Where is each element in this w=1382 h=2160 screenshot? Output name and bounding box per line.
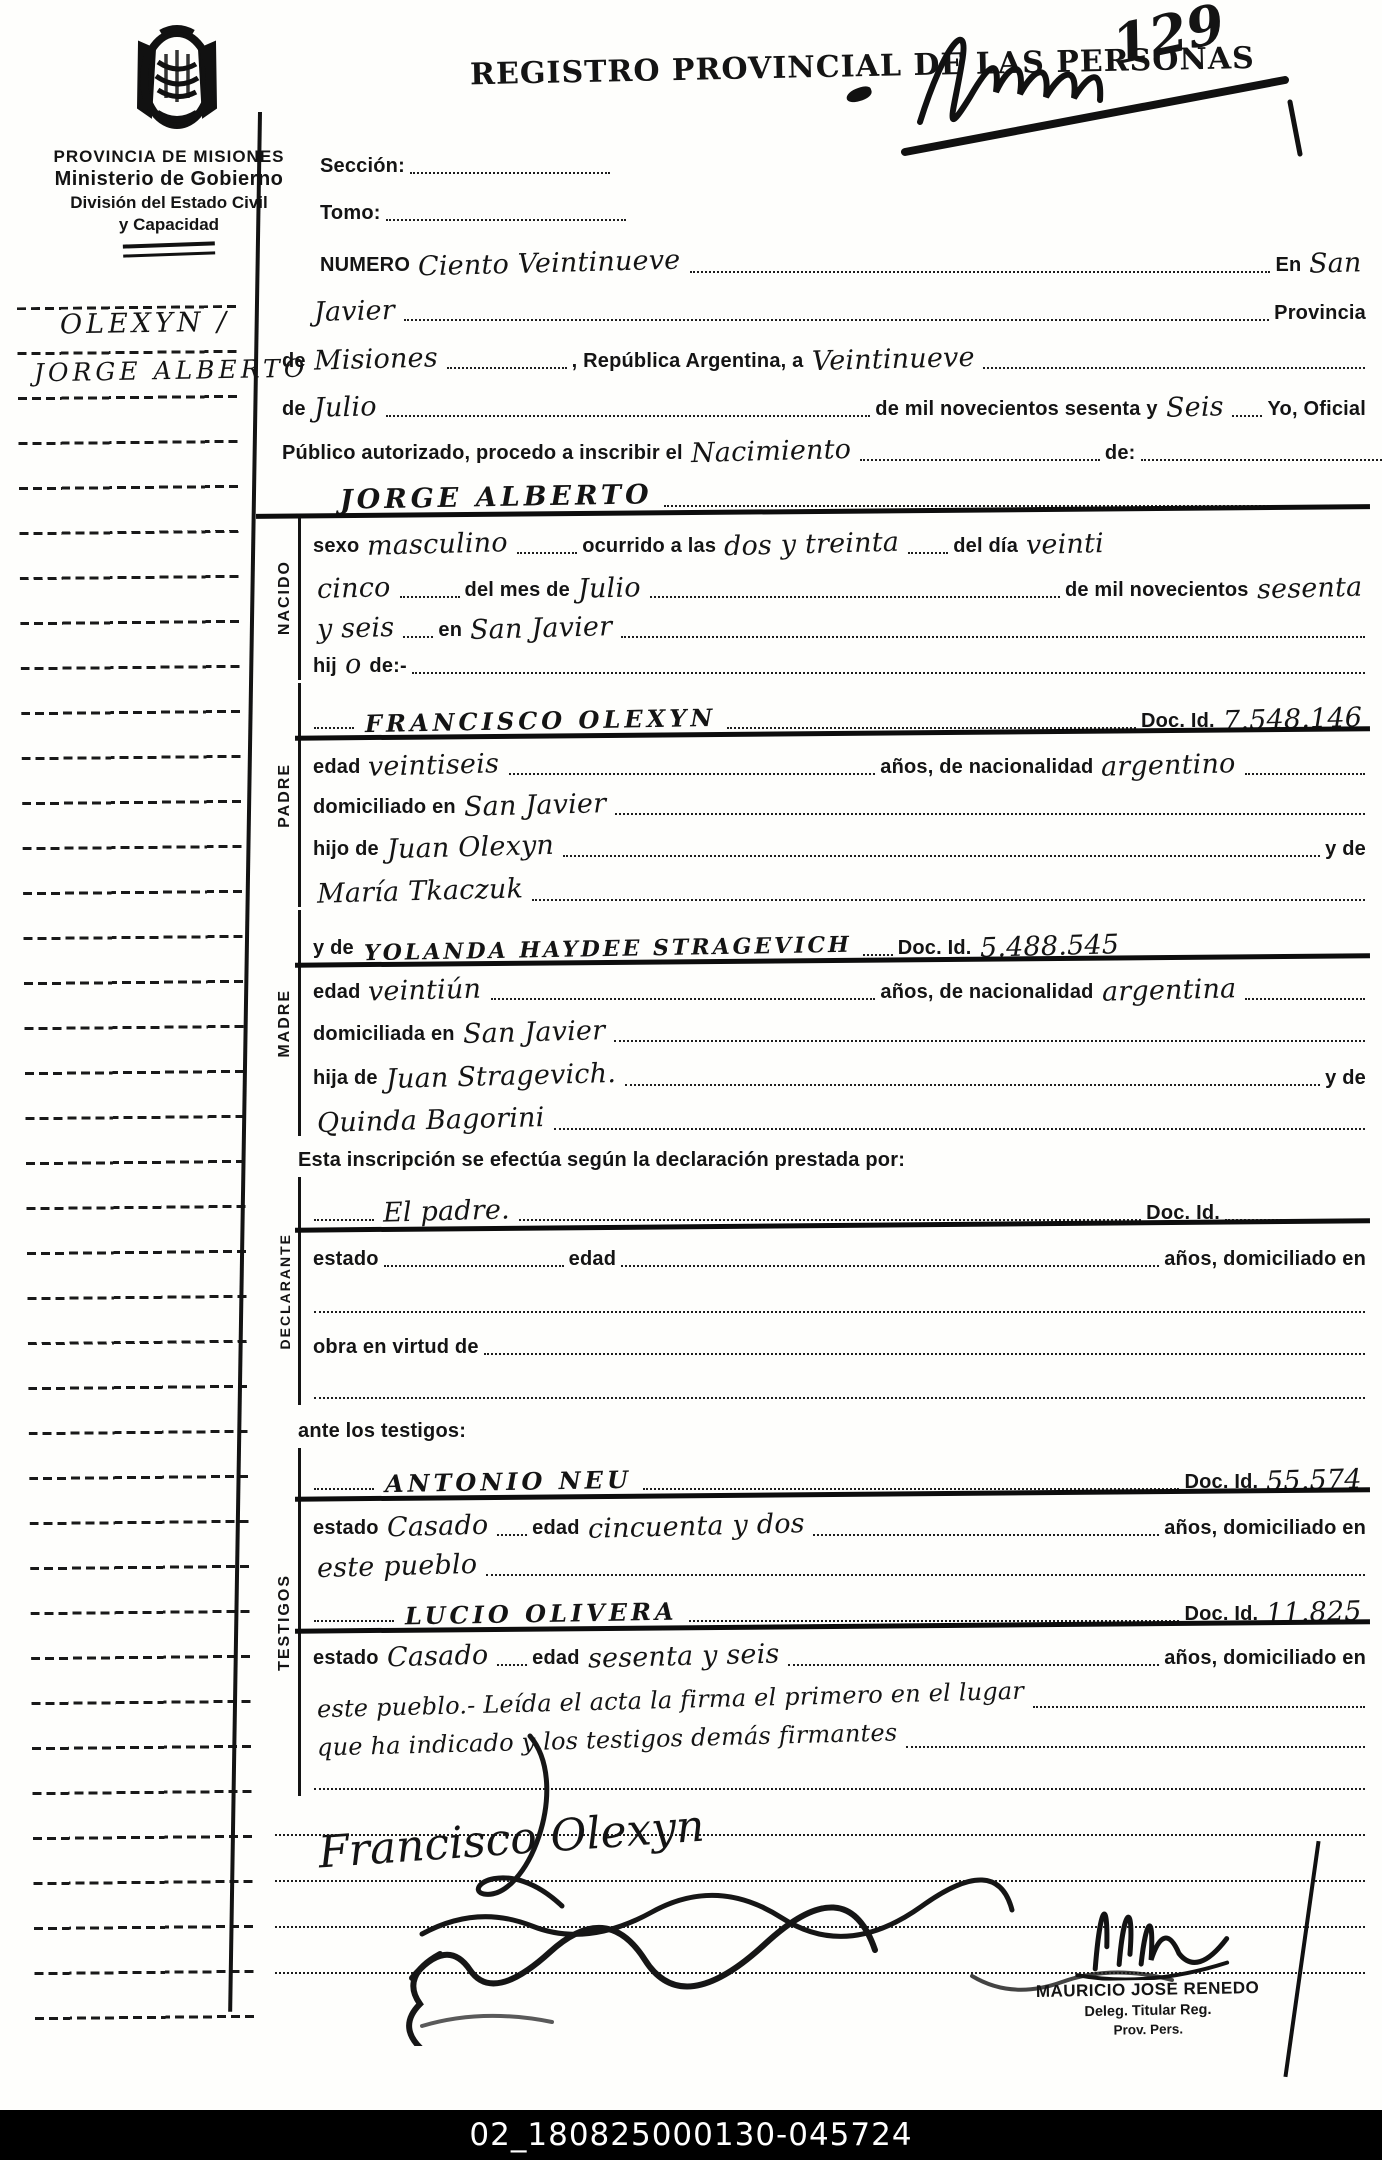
dotted-line — [314, 1311, 1365, 1313]
abuela-paterna: María Tkaczuk — [311, 875, 530, 910]
scan-code-bar: 02_180825000130-045724 — [0, 2110, 1382, 2160]
stamp-office: Prov. Pers. — [963, 2019, 1333, 2040]
day-value: Veintinueve — [805, 344, 980, 378]
row-tomo: Tomo: — [272, 180, 1368, 227]
provincia-value: Misiones — [307, 344, 444, 377]
de-label: de — [280, 350, 308, 375]
testigo1-nombre: ANTONIO NEU — [377, 1468, 640, 1499]
dotted-line — [491, 998, 876, 1000]
dotted-line — [386, 415, 871, 417]
dotted-line — [314, 1219, 374, 1221]
madre-nombre: YOLANDA HAYDEE STRAGEVICH — [356, 934, 860, 967]
dotted-line — [314, 1397, 1365, 1399]
year-value: Seis — [1159, 393, 1230, 424]
row-testigo1-estado: estado Casado edad cincuenta y dos años,… — [311, 1496, 1368, 1542]
row-testigo2-estado: estado Casado edad sesenta y seis años, … — [311, 1628, 1368, 1672]
row-sexo: sexo masculino ocurrido a las dos y trei… — [311, 516, 1368, 560]
row-place2: Javier Provincia — [272, 279, 1368, 327]
dotted-line — [497, 1534, 527, 1536]
anio-label: de mil novecientos — [1063, 579, 1251, 604]
dotted-line — [621, 636, 1365, 638]
row-declarante-nombre: El padre. Doc. Id. — [311, 1177, 1368, 1227]
registrar-stamp: MAURICIO JOSE RENEDO Deleg. Titular Reg.… — [961, 1873, 1334, 2040]
padre-nombre: FRANCISCO OLEXYN — [357, 706, 725, 738]
madre-hija-de-label: hija de — [311, 1067, 380, 1092]
madre-nacionalidad: argentina — [1095, 975, 1242, 1008]
abuelo-paterno: Juan Olexyn — [380, 832, 560, 866]
dotted-line — [386, 219, 626, 221]
dotted-line — [314, 727, 354, 729]
testigo1-edad: cincuenta y dos — [581, 1510, 810, 1545]
declaracion-intro: Esta inscripción se efectúa según la dec… — [296, 1149, 907, 1174]
dotted-line — [615, 813, 1365, 815]
misiones-coat-of-arms — [126, 24, 228, 144]
row-child-name: JORGE ALBERTO — [272, 467, 1368, 513]
row-testigo1-nombre: ANTONIO NEU Doc. Id. 55.574 — [311, 1448, 1368, 1496]
row-cierre-1: este pueblo.- Leída el acta la firma el … — [311, 1672, 1368, 1714]
hijo-sexo-letter: o — [339, 651, 368, 681]
dotted-line — [908, 552, 948, 554]
dotted-line — [447, 367, 567, 369]
testigos-intro: ante los testigos: — [296, 1420, 468, 1445]
dotted-line — [813, 1534, 1159, 1536]
dotted-line — [486, 1574, 1365, 1576]
testigo2-edad: sesenta y seis — [581, 1640, 785, 1674]
row-fecha: de Julio de mil novecientos sesenta y Se… — [272, 375, 1368, 423]
dotted-line — [650, 596, 1060, 598]
row-madre-edad: edad veintiún años, de nacionalidad arge… — [311, 962, 1368, 1006]
madre-edad: veintiún — [362, 975, 488, 1007]
row-madre-domicilio: domiciliada en San Javier — [311, 1006, 1368, 1048]
child-name: JORGE ALBERTO — [332, 481, 661, 516]
section-madre: MADRE y de YOLANDA HAYDEE STRAGEVICH Doc… — [272, 910, 1368, 1136]
row-padre-hijo-de: hijo de Juan Olexyn y de — [311, 821, 1368, 863]
dotted-line — [484, 1353, 1365, 1355]
dotted-line — [517, 552, 577, 554]
padre-domicilio-label: domiciliado en — [311, 796, 458, 821]
lugar-value: San Javier — [464, 613, 619, 646]
dotted-line — [554, 1128, 1365, 1130]
stamp-name: MAURICIO JOSE RENEDO — [962, 1977, 1332, 2003]
en-lugar-label: en — [436, 619, 464, 644]
dotted-line — [532, 899, 1365, 901]
row-mes: cinco del mes de Julio de mil noveciento… — [311, 560, 1368, 604]
dotted-line — [689, 1620, 1180, 1622]
testigo2-domicilio-label: años, domiciliado en — [1162, 1647, 1368, 1672]
dotted-line — [1232, 415, 1262, 417]
hijo-label-2: de:- — [367, 655, 408, 680]
hora-label: ocurrido a las — [580, 535, 718, 560]
row-testigos-intro: ante los testigos: — [272, 1405, 1368, 1445]
row-declarante-blank1 — [311, 1273, 1368, 1319]
madre-y-de2-label: y de — [1323, 1067, 1368, 1092]
padre-hijo-de-label: hijo de — [311, 838, 381, 863]
seccion-label: Sección: — [318, 155, 407, 180]
place-line2: Javier — [308, 297, 402, 328]
dia-value-2: cinco — [311, 574, 397, 605]
dotted-line — [1033, 1706, 1365, 1708]
form-body: Sección: Tomo: NUMERO Ciento Veintinueve… — [272, 118, 1368, 1980]
dotted-line — [563, 855, 1320, 857]
row-hijo-de: hij o de:- — [311, 644, 1368, 680]
testigo2-estado: Casado — [380, 1642, 494, 1674]
anio-value-2: y seis — [311, 614, 401, 645]
dotted-line — [412, 672, 1365, 674]
row-testigo1-domicilio: este pueblo — [311, 1542, 1368, 1582]
dotted-line — [863, 954, 893, 956]
testigo1-estado-label: estado — [311, 1517, 381, 1542]
margin-surname: OLEXYN / — [52, 308, 239, 340]
madre-doc-id: 5.488.545 — [973, 931, 1125, 964]
hora-value: dos y treinta — [718, 529, 906, 563]
section-nacido: NACIDO sexo masculino ocurrido a las dos… — [272, 516, 1368, 680]
padre-y-de-label: y de — [1323, 838, 1368, 863]
en-label: En — [1273, 254, 1303, 279]
madre-section-label: MADRE — [276, 989, 294, 1058]
dotted-line — [860, 459, 1100, 461]
dotted-line — [404, 319, 1269, 321]
dotted-line — [497, 1664, 527, 1666]
padre-doc-id: 7.548.146 — [1216, 704, 1368, 737]
padre-doc-label: Doc. Id. — [1139, 710, 1217, 735]
oficial-label: Yo, Oficial — [1265, 398, 1368, 423]
dia-label: del día — [951, 535, 1020, 560]
padre-section-label: PADRE — [276, 763, 294, 828]
dotted-line — [727, 727, 1136, 729]
dotted-line — [906, 1746, 1365, 1748]
scanned-birth-certificate: PROVINCIA DE MISIONES Ministerio de Gobi… — [0, 0, 1382, 2160]
place-line1: San — [1303, 249, 1368, 280]
row-inscribir: Público autorizado, procedo a inscribir … — [272, 423, 1368, 467]
padre-edad: veintiseis — [362, 750, 506, 783]
dotted-line — [1245, 998, 1365, 1000]
anio-value-1: sesenta — [1250, 573, 1368, 605]
tomo-label: Tomo: — [318, 202, 383, 227]
row-padre-nombre: FRANCISCO OLEXYN Doc. Id. 7.548.146 — [311, 683, 1368, 735]
dotted-line — [664, 505, 1365, 507]
declarante-edad-label: edad — [567, 1248, 618, 1273]
abuelo-materno: Juan Stragevich. — [379, 1060, 622, 1095]
dotted-line — [621, 1265, 1159, 1267]
madre-domicilio-label: domiciliada en — [311, 1023, 457, 1048]
nacido-section-label: NACIDO — [276, 560, 294, 635]
dotted-line — [314, 1788, 1365, 1790]
row-testigos-blank — [311, 1754, 1368, 1796]
dotted-line — [410, 172, 610, 174]
row-lugar: y seis en San Javier — [311, 604, 1368, 644]
row-declarante-blank2 — [311, 1361, 1368, 1405]
year-label: de mil novecientos sesenta y — [873, 398, 1159, 423]
testigos-section-label: TESTIGOS — [276, 1574, 294, 1671]
row-obra: obra en virtud de — [311, 1319, 1368, 1361]
dotted-line — [314, 1488, 374, 1490]
mes-value: Julio — [572, 574, 647, 605]
row-madre-nombre: y de YOLANDA HAYDEE STRAGEVICH Doc. Id. … — [311, 910, 1368, 962]
de2-label: de — [280, 398, 308, 423]
month-value: Julio — [307, 393, 382, 424]
madre-y-de-label: y de — [311, 937, 356, 962]
padre-nacionalidad: argentino — [1095, 750, 1242, 783]
row-madre-hija-de: hija de Juan Stragevich. y de — [311, 1048, 1368, 1092]
row-padre-domicilio: domiciliado en San Javier — [311, 781, 1368, 821]
dotted-line — [384, 1265, 564, 1267]
dotted-line — [519, 1219, 1141, 1221]
padre-nacionalidad-label: años, de nacionalidad — [878, 756, 1095, 781]
row-cierre-2: que ha indicado y los testigos demás fir… — [311, 1714, 1368, 1754]
padre-edad-label: edad — [311, 756, 362, 781]
dotted-line — [788, 1664, 1159, 1666]
section-declarante: DECLARANTE El padre. Doc. Id. estado eda… — [272, 1177, 1368, 1405]
row-declarante-estado: estado edad años, domiciliado en — [311, 1227, 1368, 1273]
inscribir-label: Público autorizado, procedo a inscribir … — [280, 442, 685, 467]
letterhead-underline — [123, 241, 215, 257]
testigo1-edad-label: edad — [530, 1517, 581, 1542]
madre-edad-label: edad — [311, 981, 362, 1006]
dotted-line — [643, 1488, 1180, 1490]
de3-label: de: — [1103, 442, 1138, 467]
republica-label: , República Argentina, a — [570, 350, 806, 375]
row-provincia: de Misiones , República Argentina, a Vei… — [272, 327, 1368, 375]
testigo1-estado: Casado — [380, 1512, 494, 1544]
dotted-line — [314, 1620, 394, 1622]
declarante-doc-label: Doc. Id. — [1144, 1202, 1222, 1227]
dotted-line — [983, 367, 1365, 369]
madre-doc-label: Doc. Id. — [896, 937, 974, 962]
testigo2-doc-id: 11.825 — [1260, 1598, 1368, 1630]
section-padre: PADRE FRANCISCO OLEXYN Doc. Id. 7.548.14… — [272, 683, 1368, 907]
testigo1-domicilio: este pueblo — [311, 1551, 484, 1584]
testigo1-domicilio-label: años, domiciliado en — [1162, 1517, 1368, 1542]
dotted-line — [1245, 773, 1365, 775]
sexo-label: sexo — [311, 535, 361, 560]
sexo-value: masculino — [361, 529, 515, 562]
testigo2-nombre: LUCIO OLIVERA — [397, 1599, 686, 1630]
dia-value-1: veinti — [1020, 530, 1111, 561]
dotted-line — [1225, 1219, 1365, 1221]
section-testigos: TESTIGOS ANTONIO NEU Doc. Id. 55.574 est… — [272, 1448, 1368, 1796]
declarante-section-label: DECLARANTE — [277, 1233, 293, 1349]
dotted-line — [1141, 459, 1382, 461]
row-testigo2-nombre: LUCIO OLIVERA Doc. Id. 11.825 — [311, 1582, 1368, 1628]
row-padre-edad: edad veintiseis años, de nacionalidad ar… — [311, 735, 1368, 781]
scan-code: 02_180825000130-045724 — [469, 2117, 912, 2153]
declarante-estado-label: estado — [311, 1248, 381, 1273]
registrar-signature — [1036, 1874, 1258, 1982]
padre-domicilio: San Javier — [457, 790, 612, 823]
numero-label: NUMERO — [318, 254, 412, 279]
row-seccion: Sección: — [272, 118, 1368, 180]
testigo1-doc-id: 55.574 — [1260, 1466, 1368, 1498]
row-abuela-materna: Quinda Bagorini — [311, 1092, 1368, 1136]
madre-nacionalidad-label: años, de nacionalidad — [878, 981, 1095, 1006]
numero-value: Ciento Veintinueve — [412, 246, 687, 282]
dotted-line — [625, 1084, 1320, 1086]
madre-domicilio: San Javier — [456, 1017, 611, 1050]
dotted-line — [614, 1040, 1365, 1042]
dotted-line — [690, 271, 1271, 273]
dotted-line — [403, 636, 433, 638]
acto-value: Nacimiento — [684, 436, 857, 469]
testigo2-doc-label: Doc. Id. — [1182, 1603, 1260, 1628]
abuela-materna: Quinda Bagorini — [311, 1104, 551, 1139]
declarante-nombre: El padre. — [377, 1196, 517, 1229]
row-abuela-paterna: María Tkaczuk — [311, 863, 1368, 907]
margin-ruled-lines — [17, 305, 257, 2047]
obra-label: obra en virtud de — [311, 1336, 481, 1361]
provincia-label: Provincia — [1272, 302, 1368, 327]
row-declaracion-intro: Esta inscripción se efectúa según la dec… — [272, 1136, 1368, 1174]
dotted-line — [509, 773, 876, 775]
declarante-domicilio-label: años, domiciliado en — [1162, 1248, 1368, 1273]
testigo2-estado-label: estado — [311, 1647, 381, 1672]
testigo2-edad-label: edad — [530, 1647, 581, 1672]
hijo-label-1: hij — [311, 655, 339, 680]
row-numero: NUMERO Ciento Veintinueve En San — [272, 227, 1368, 279]
testigo1-doc-label: Doc. Id. — [1182, 1471, 1260, 1496]
mes-label: del mes de — [463, 579, 572, 604]
dotted-line — [400, 596, 460, 598]
